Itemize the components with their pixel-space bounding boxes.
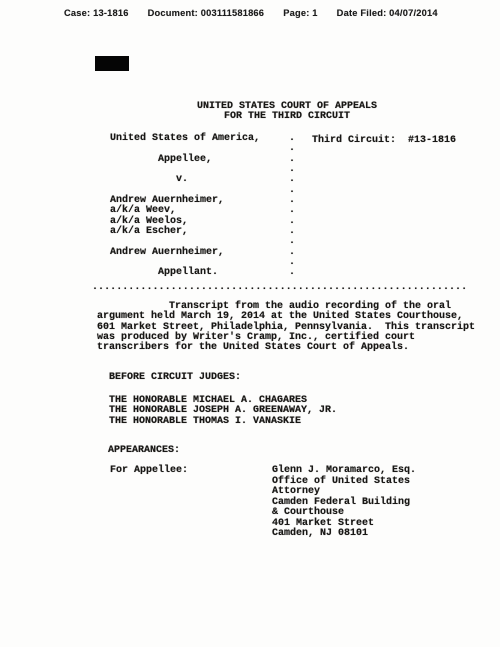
- transcript-notice-paragraph: Transcript from the audio recording of t…: [97, 302, 475, 354]
- judges-heading: BEFORE CIRCUIT JUDGES:: [109, 373, 241, 383]
- case-number-label: Case: 13-1816: [64, 8, 129, 18]
- docket-number: Third Circuit: #13-1816: [312, 136, 456, 146]
- appearance-role-label: For Appellee:: [110, 466, 188, 476]
- caption-separator-dots: . . . . . . . . . . . . . .: [289, 134, 295, 279]
- page-number-label: Page: 1: [283, 8, 317, 18]
- caption-parties: United States of America, Appellee, v. A…: [110, 134, 260, 279]
- judges-list: THE HONORABLE MICHAEL A. CHAGARES THE HO…: [109, 396, 337, 427]
- court-title: UNITED STATES COURT OF APPEALS FOR THE T…: [97, 102, 477, 123]
- date-filed-label: Date Filed: 04/07/2014: [337, 8, 438, 18]
- cmecf-header-stamp: Case: 13-1816 Document: 003111581866 Pag…: [64, 8, 438, 18]
- document-number-label: Document: 003111581866: [148, 8, 265, 18]
- appearances-heading: APPEARANCES:: [108, 446, 180, 456]
- scanned-court-document-page: Case: 13-1816 Document: 003111581866 Pag…: [0, 0, 500, 647]
- redaction-mark: [95, 56, 129, 71]
- court-title-line-2: FOR THE THIRD CIRCUIT: [97, 112, 477, 122]
- caption-divider-dotted-line: ........................................…: [92, 283, 467, 293]
- appellee-counsel-address-block: Glenn J. Moramarco, Esq. Office of Unite…: [272, 466, 416, 540]
